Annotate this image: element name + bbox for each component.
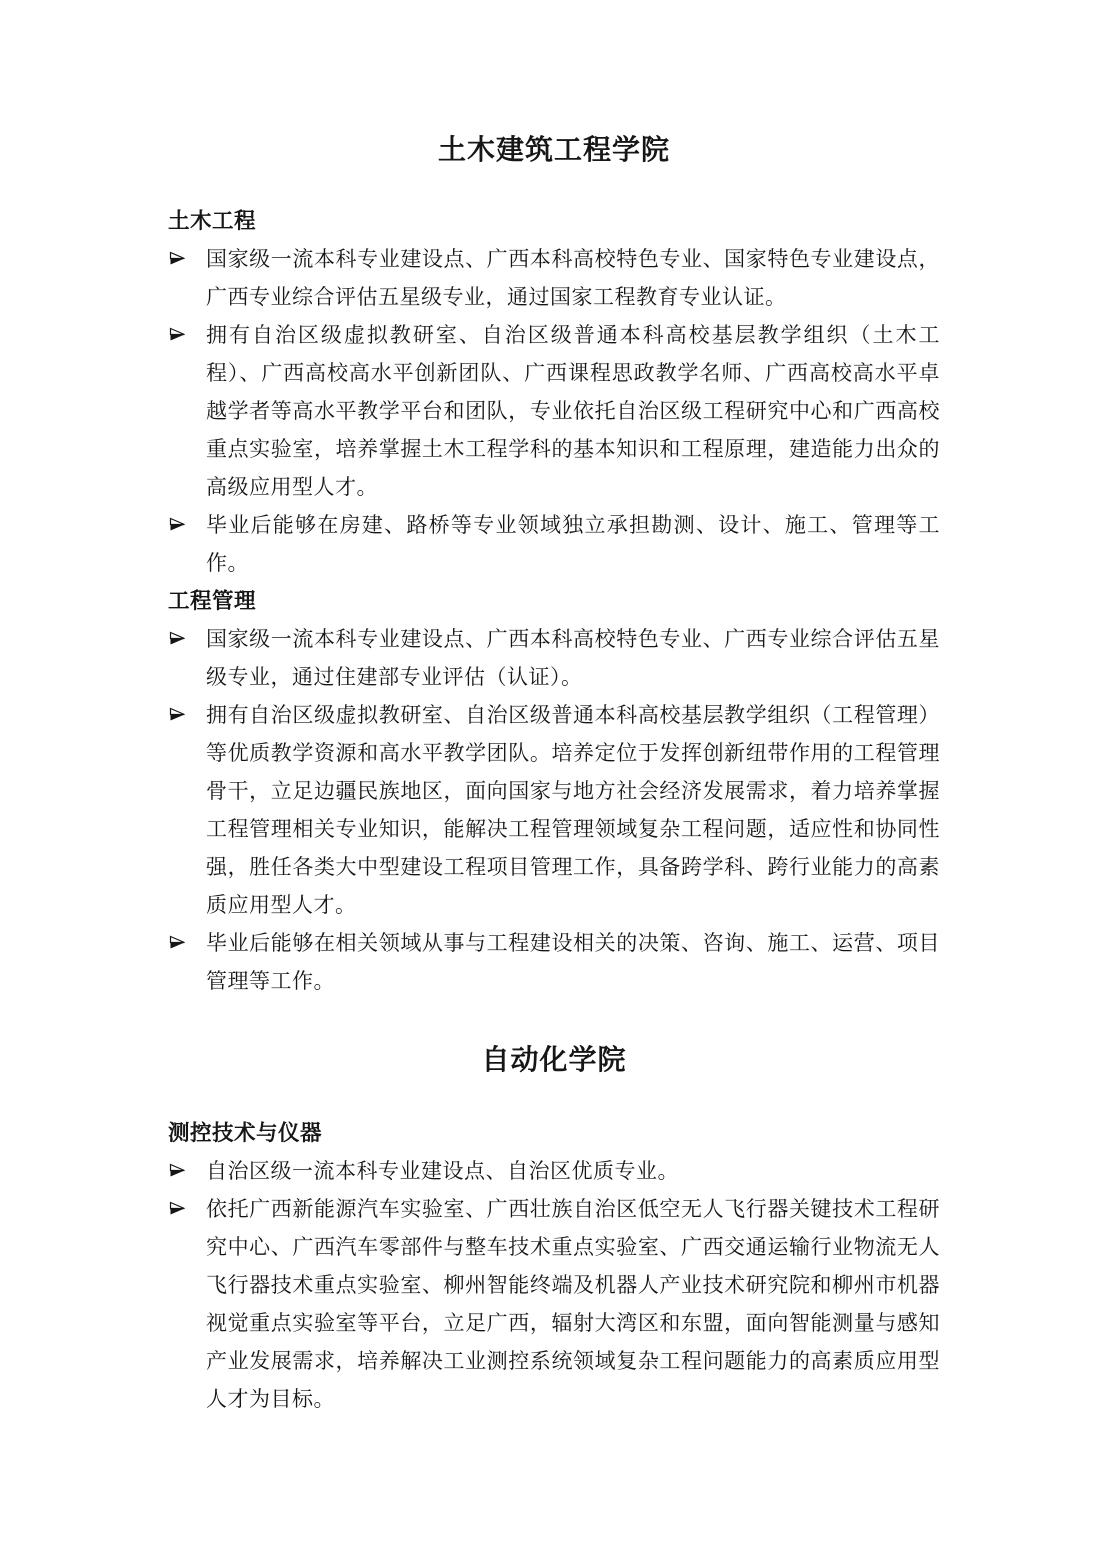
program-heading-civil-engineering: 土木工程 xyxy=(168,202,940,240)
arrow-bullet-icon xyxy=(169,250,186,267)
bullet-item: 毕业后能够在房建、路桥等专业领域独立承担勘测、设计、施工、管理等工作。 xyxy=(168,506,940,582)
bullet-text: 毕业后能够在相关领域从事与工程建设相关的决策、咨询、施工、运营、项目管理等工作。 xyxy=(206,931,940,993)
bullet-item: 毕业后能够在相关领域从事与工程建设相关的决策、咨询、施工、运营、项目管理等工作。 xyxy=(168,924,940,1000)
bullet-text: 拥有自治区级虚拟教研室、自治区级普通本科高校基层教学组织（土木工程）、广西高校高… xyxy=(206,323,940,499)
program-heading-measurement-control: 测控技术与仪器 xyxy=(168,1114,940,1152)
college-title-automation: 自动化学院 xyxy=(168,1040,940,1082)
bullet-item: 拥有自治区级虚拟教研室、自治区级普通本科高校基层教学组织（工程管理）等优质教学资… xyxy=(168,696,940,924)
bullet-item: 国家级一流本科专业建设点、广西本科高校特色专业、广西专业综合评估五星级专业，通过… xyxy=(168,620,940,696)
bullet-text: 依托广西新能源汽车实验室、广西壮族自治区低空无人飞行器关键技术工程研究中心、广西… xyxy=(206,1197,940,1411)
arrow-bullet-icon xyxy=(169,1200,186,1217)
bullet-text: 国家级一流本科专业建设点、广西本科高校特色专业、广西专业综合评估五星级专业，通过… xyxy=(206,627,940,689)
document-page: 土木建筑工程学院 土木工程 国家级一流本科专业建设点、广西本科高校特色专业、国家… xyxy=(0,0,1102,1559)
bullet-text: 毕业后能够在房建、路桥等专业领域独立承担勘测、设计、施工、管理等工作。 xyxy=(206,513,940,575)
bullet-text: 自治区级一流本科专业建设点、自治区优质专业。 xyxy=(206,1159,679,1183)
arrow-bullet-icon xyxy=(169,326,186,343)
arrow-bullet-icon xyxy=(169,706,186,723)
college-title-civil-architecture: 土木建筑工程学院 xyxy=(168,130,940,172)
arrow-bullet-icon xyxy=(169,1162,186,1179)
bullet-item: 自治区级一流本科专业建设点、自治区优质专业。 xyxy=(168,1152,940,1190)
bullet-item: 拥有自治区级虚拟教研室、自治区级普通本科高校基层教学组织（土木工程）、广西高校高… xyxy=(168,316,940,506)
bullet-text: 拥有自治区级虚拟教研室、自治区级普通本科高校基层教学组织（工程管理）等优质教学资… xyxy=(206,703,940,917)
arrow-bullet-icon xyxy=(169,934,186,951)
bullet-item: 依托广西新能源汽车实验室、广西壮族自治区低空无人飞行器关键技术工程研究中心、广西… xyxy=(168,1190,940,1418)
arrow-bullet-icon xyxy=(169,630,186,647)
arrow-bullet-icon xyxy=(169,516,186,533)
program-heading-engineering-management: 工程管理 xyxy=(168,582,940,620)
bullet-item: 国家级一流本科专业建设点、广西本科高校特色专业、国家特色专业建设点，广西专业综合… xyxy=(168,240,940,316)
bullet-text: 国家级一流本科专业建设点、广西本科高校特色专业、国家特色专业建设点，广西专业综合… xyxy=(206,247,940,309)
